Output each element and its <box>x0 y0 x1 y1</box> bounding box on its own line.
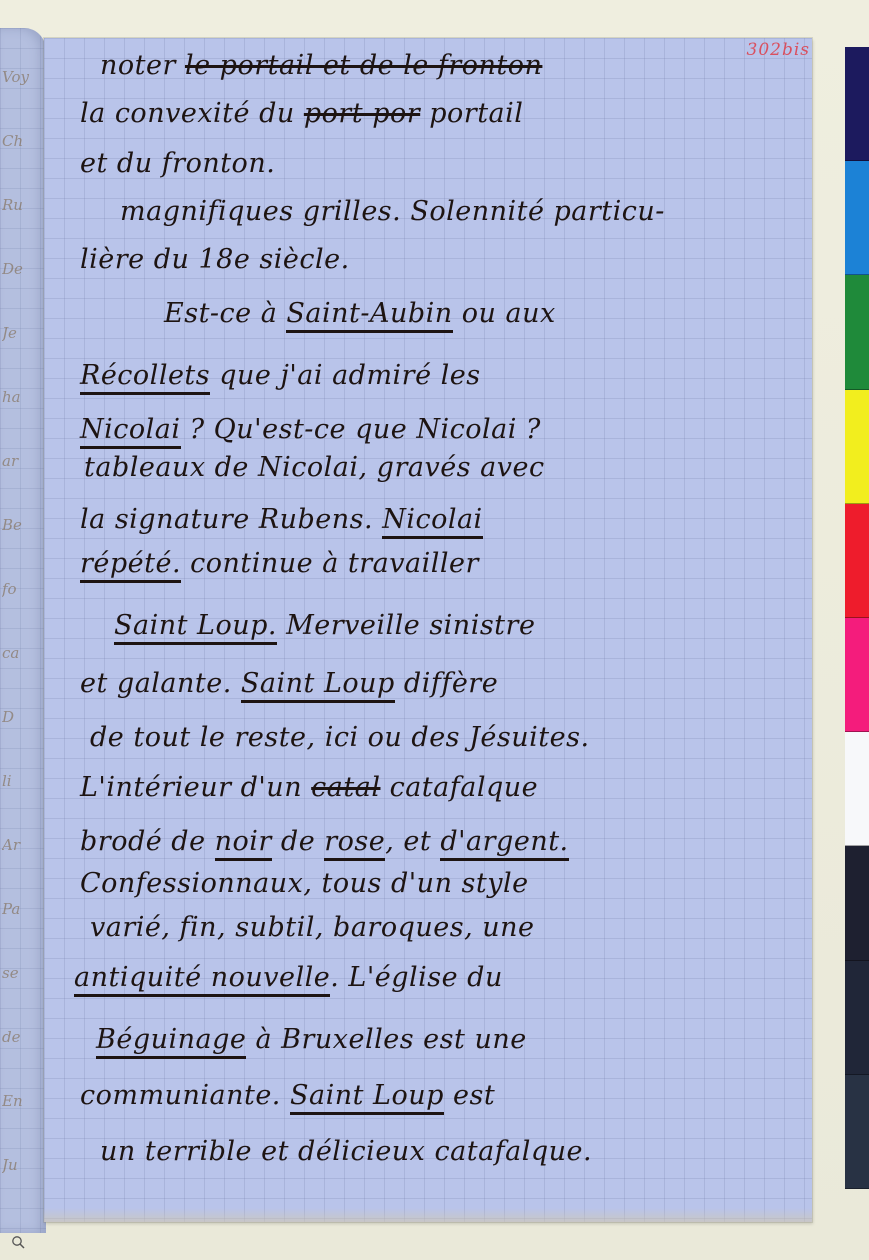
underlined-word: répété. <box>80 548 181 583</box>
line-text: Confessionnaux, tous d'un style <box>80 868 529 899</box>
swatch-navy <box>845 47 869 161</box>
underlined-word: Béguinage <box>96 1024 246 1059</box>
underlined-word: Nicolai <box>382 504 483 539</box>
manuscript-line: magnifiques grilles. Solennité particu- <box>120 196 665 227</box>
facing-page-text-fragment: ha <box>2 388 44 406</box>
facing-page-text-fragment: fo <box>2 580 44 598</box>
struck-text: le portail et de le fronton <box>185 50 542 81</box>
facing-page-text-fragment: Pa <box>2 900 44 918</box>
manuscript-line: varié, fin, subtil, baroques, une <box>90 912 535 943</box>
manuscript-line: communiante. Saint Loup est <box>80 1080 495 1111</box>
manuscript-line: Confessionnaux, tous d'un style <box>80 868 529 899</box>
line-text: portail <box>420 98 523 129</box>
manuscript-line: L'intérieur d'un catal catafalque <box>80 772 538 803</box>
line-text: de tout le reste, ici ou des Jésuites. <box>90 722 590 753</box>
manuscript-line: lière du 18e siècle. <box>80 244 350 275</box>
line-text: que j'ai admiré les <box>210 360 480 391</box>
facing-page-text-fragment: Ru <box>2 196 44 214</box>
facing-page-text-fragment: D <box>2 708 44 726</box>
manuscript-line: et galante. Saint Loup diffère <box>80 668 498 699</box>
line-text: et du fronton. <box>80 148 275 179</box>
line-text: brodé de <box>80 826 215 857</box>
manuscript-line: la signature Rubens. Nicolai <box>80 504 483 535</box>
facing-page-text-fragment: En <box>2 1092 44 1110</box>
line-text: ou aux <box>453 298 556 329</box>
manuscript-line: brodé de noir de rose, et d'argent. <box>80 826 569 857</box>
facing-page-text-fragment: Ju <box>2 1156 44 1174</box>
line-text: Est-ce à <box>164 298 286 329</box>
underlined-word: d'argent. <box>440 826 568 861</box>
facing-page-text-fragment: se <box>2 964 44 982</box>
manuscript-line: Béguinage à Bruxelles est une <box>96 1024 527 1055</box>
line-text: lière du 18e siècle. <box>80 244 350 275</box>
swatch-magenta <box>845 618 869 732</box>
line-text: la signature Rubens. <box>80 504 382 535</box>
manuscript-line: Est-ce à Saint-Aubin ou aux <box>164 298 556 329</box>
manuscript-line: de tout le reste, ici ou des Jésuites. <box>90 722 590 753</box>
facing-page-text-fragment: Je <box>2 324 44 342</box>
line-text: la convexité du <box>80 98 304 129</box>
facing-page-edge: VoyChRuDeJehaarBefocaDliArPasedeEnJu <box>0 28 46 1233</box>
facing-page-text-fragment: ar <box>2 452 44 470</box>
facing-page-text-fragment: de <box>2 1028 44 1046</box>
facing-page-text-fragment: Voy <box>2 68 44 86</box>
line-text: ? Qu'est-ce que Nicolai ? <box>181 414 541 445</box>
manuscript-line: tableaux de Nicolai, gravés avec <box>84 452 545 483</box>
line-text: à Bruxelles est une <box>246 1024 526 1055</box>
facing-page-text-fragment: Be <box>2 516 44 534</box>
line-text: magnifiques grilles. Solennité particu- <box>120 196 665 227</box>
manuscript-line: la convexité du port por portail <box>80 98 523 129</box>
swatch-black-3 <box>845 1075 869 1189</box>
folio-number: 302bis <box>747 40 811 60</box>
facing-page-text-fragment: De <box>2 260 44 278</box>
swatch-white <box>845 732 869 846</box>
paper-edge-stain <box>44 1208 812 1222</box>
manuscript-line: Nicolai ? Qu'est-ce que Nicolai ? <box>80 414 541 445</box>
magnifier-icon[interactable] <box>11 1234 25 1248</box>
underlined-word: Saint Loup <box>241 668 395 703</box>
swatch-yellow <box>845 390 869 504</box>
facing-page-text-fragment: ca <box>2 644 44 662</box>
underlined-word: rose <box>324 826 385 861</box>
facing-page-text-fragment: Ar <box>2 836 44 854</box>
swatch-black-1 <box>845 846 869 960</box>
line-text: est <box>444 1080 495 1111</box>
swatch-blue <box>845 161 869 275</box>
manuscript-line: et du fronton. <box>80 148 275 179</box>
line-text: continue à travailler <box>181 548 479 579</box>
line-text: L'intérieur d'un <box>80 772 311 803</box>
manuscript-line: un terrible et délicieux catafalque. <box>100 1136 592 1167</box>
manuscript-line: Saint Loup. Merveille sinistre <box>114 610 535 641</box>
line-text: noter <box>100 50 185 81</box>
struck-text: port por <box>304 98 420 129</box>
line-text: catafalque <box>380 772 538 803</box>
manuscript-line: Récollets que j'ai admiré les <box>80 360 481 391</box>
manuscript-line: répété. continue à travailler <box>80 548 479 579</box>
underlined-word: Saint Loup. <box>114 610 277 645</box>
line-text: . L'église du <box>330 962 503 993</box>
underlined-word: antiquité nouvelle <box>74 962 330 997</box>
facing-page-text-fragment: Ch <box>2 132 44 150</box>
underlined-word: Nicolai <box>80 414 181 449</box>
facing-page-text-fragment: li <box>2 772 44 790</box>
line-text: , et <box>385 826 440 857</box>
line-text: diffère <box>395 668 498 699</box>
line-text: Merveille sinistre <box>277 610 535 641</box>
line-text: de <box>272 826 324 857</box>
line-text: varié, fin, subtil, baroques, une <box>90 912 535 943</box>
line-text: et galante. <box>80 668 241 699</box>
underlined-word: noir <box>215 826 272 861</box>
underlined-word: Saint Loup <box>290 1080 444 1115</box>
swatch-green <box>845 275 869 389</box>
manuscript-line: noter le portail et de le fronton <box>100 50 542 81</box>
underlined-word: Saint-Aubin <box>286 298 452 333</box>
line-text: un terrible et délicieux catafalque. <box>100 1136 592 1167</box>
line-text: tableaux de Nicolai, gravés avec <box>84 452 545 483</box>
struck-text: catal <box>311 772 380 803</box>
swatch-red <box>845 504 869 618</box>
manuscript-line: antiquité nouvelle. L'église du <box>74 962 503 993</box>
swatch-black-2 <box>845 961 869 1075</box>
color-calibration-strip <box>845 47 869 1189</box>
underlined-word: Récollets <box>80 360 210 395</box>
manuscript-page: 302bis noter le portail et de le fronton… <box>44 38 812 1222</box>
line-text: communiante. <box>80 1080 290 1111</box>
